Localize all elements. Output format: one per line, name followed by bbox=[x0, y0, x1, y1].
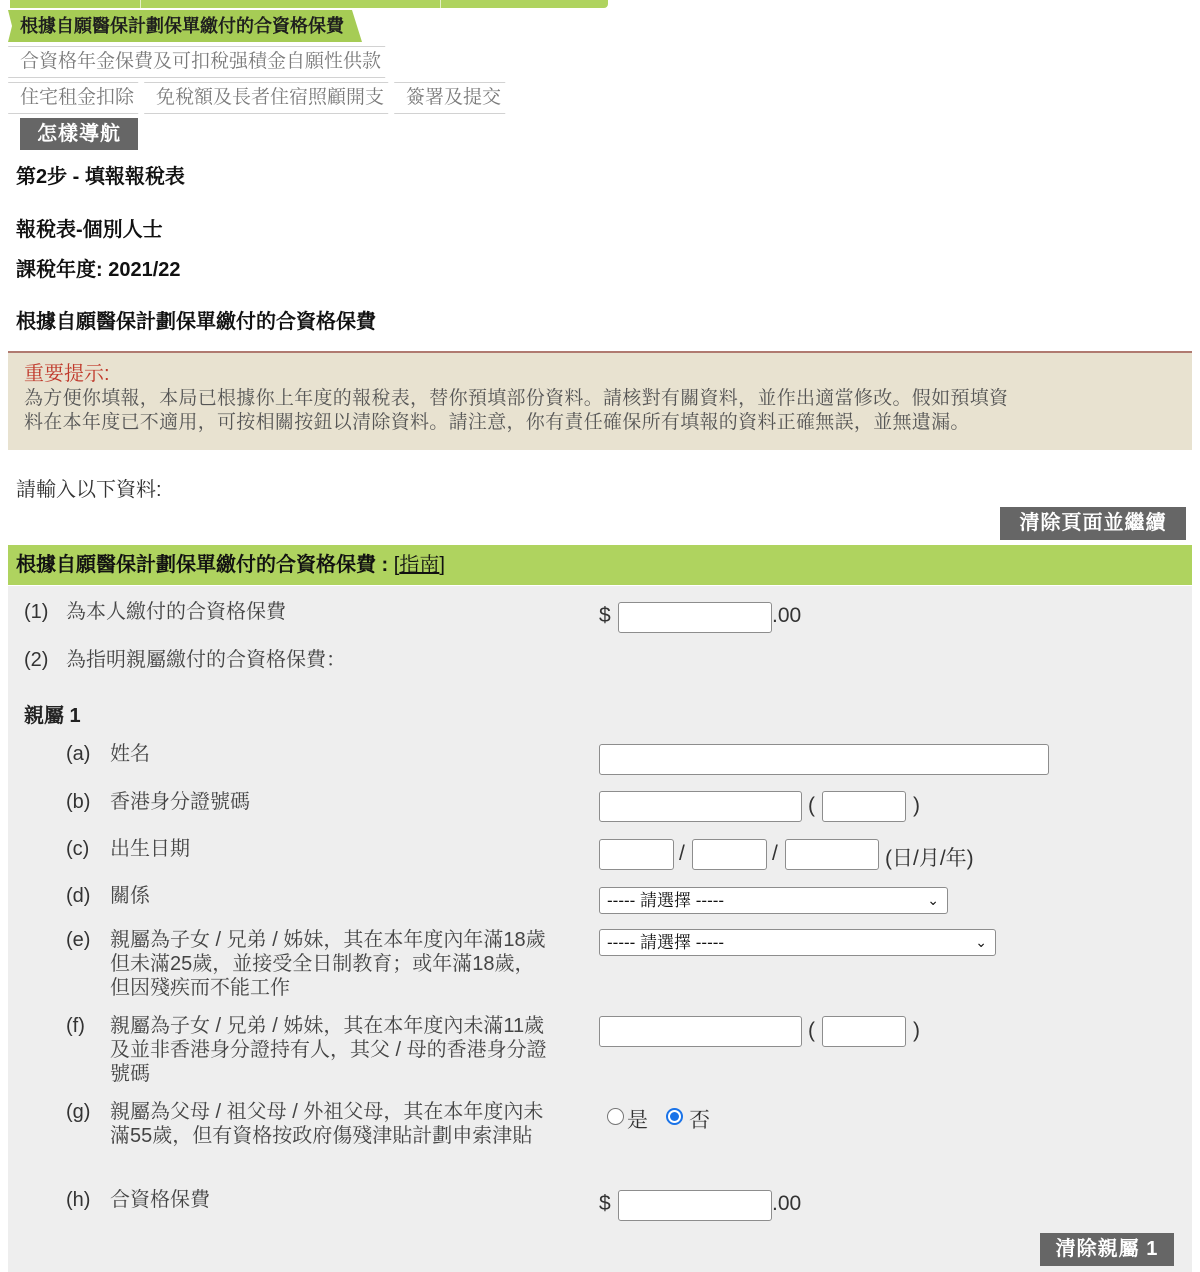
item-number: (a) bbox=[66, 742, 110, 766]
dob-day-input[interactable] bbox=[599, 839, 674, 870]
step-allowances[interactable]: 免稅額及長者住宿照顧開支 bbox=[144, 82, 394, 114]
item-number: (c) bbox=[66, 837, 110, 861]
paren-close: ) bbox=[913, 1019, 920, 1043]
divider bbox=[140, 0, 141, 8]
item-number: (g) bbox=[66, 1100, 110, 1124]
item-text: 親屬為子女 / 兄弟 / 姊妹，其在本年度內未滿11歲及並非香港身分證持有人，其… bbox=[110, 1014, 550, 1086]
field-g-label: (g)親屬為父母 / 祖父母 / 外祖父母，其在本年度內未滿55歲，但有資格按政… bbox=[66, 1100, 550, 1148]
parent-hkid-input[interactable] bbox=[599, 1016, 802, 1047]
field-e-label: (e)親屬為子女 / 兄弟 / 姊妹，其在本年度內年滿18歲但未滿25歲，並接受… bbox=[66, 928, 550, 1000]
dependant-1-title: 親屬 1 bbox=[24, 704, 81, 728]
item-number: (h) bbox=[66, 1188, 110, 1212]
notice-line: 為方便你填報，本局已根據你上年度的報稅表，替你預填部份資料。請核對有關資料，並作… bbox=[24, 387, 1176, 411]
step-rent-deduction[interactable]: 住宅租金扣除 bbox=[8, 82, 144, 114]
field-b-label: (b)香港身分證號碼 bbox=[66, 790, 250, 814]
step-sign-submit[interactable]: 簽署及提交 bbox=[394, 82, 511, 114]
chevron-down-icon: ⌄ bbox=[927, 888, 939, 913]
relationship-select[interactable]: ----- 請選擇 ----- ⌄ bbox=[599, 887, 948, 914]
important-notice: 重要提示: 為方便你填報，本局已根據你上年度的報稅表，替你預填部份資料。請核對有… bbox=[8, 351, 1192, 450]
item-text: 姓名 bbox=[110, 742, 150, 766]
item-text: 親屬為父母 / 祖父母 / 外祖父母，其在本年度內未滿55歲，但有資格按政府傷殘… bbox=[110, 1100, 550, 1148]
paren-close: ) bbox=[913, 794, 920, 818]
guide-link[interactable]: 指南 bbox=[399, 554, 439, 576]
guide-bracket: ] bbox=[439, 554, 445, 576]
step-row: 合資格年金保費及可扣稅强積金自願性供款 bbox=[8, 46, 511, 80]
notice-title: 重要提示: bbox=[24, 363, 1176, 385]
step-row: 住宅租金扣除 免稅額及長者住宿照顧開支 簽署及提交 bbox=[8, 82, 511, 116]
paren-open: ( bbox=[808, 794, 815, 818]
item-2-label: (2)為指明親屬繳付的合資格保費： bbox=[24, 648, 346, 672]
item-text: 關係 bbox=[110, 884, 150, 908]
selected-value: ----- 請選擇 ----- bbox=[607, 891, 724, 910]
field-a-label: (a)姓名 bbox=[66, 742, 150, 766]
currency-symbol: $ bbox=[599, 1192, 611, 1216]
hkid-input[interactable] bbox=[599, 791, 802, 822]
item-number: (d) bbox=[66, 884, 110, 908]
field-c-label: (c)出生日期 bbox=[66, 837, 190, 861]
step-annuity-mpf[interactable]: 合資格年金保費及可扣稅强積金自願性供款 bbox=[8, 46, 391, 78]
parent-hkid-check-digit-input[interactable] bbox=[822, 1016, 906, 1047]
notice-body: 為方便你填報，本局已根據你上年度的報稅表，替你預填部份資料。請核對有關資料，並作… bbox=[24, 387, 1176, 435]
item-number: (1) bbox=[24, 600, 66, 624]
currency-symbol: $ bbox=[599, 604, 611, 628]
assessment-year: 課稅年度: 2021/22 bbox=[16, 253, 181, 282]
field-d-label: (d)關係 bbox=[66, 884, 150, 908]
step-title: 第2步 - 填報報稅表 bbox=[16, 160, 185, 189]
item-text: 合資格保費 bbox=[110, 1188, 210, 1212]
instruction-text: 請輸入以下資料: bbox=[16, 473, 162, 502]
cents-suffix: .00 bbox=[772, 1192, 801, 1216]
page-title: 根據自願醫保計劃保單繳付的合資格保費 bbox=[16, 305, 376, 334]
notice-line: 料在本年度已不適用，可按相關按鈕以清除資料。請注意，你有責任確保所有填報的資料正… bbox=[24, 411, 1176, 435]
item-number: (2) bbox=[24, 648, 66, 672]
chevron-down-icon: ⌄ bbox=[975, 930, 987, 955]
item-text: 親屬為子女 / 兄弟 / 姊妹，其在本年度內年滿18歲但未滿25歲，並接受全日制… bbox=[110, 928, 550, 1000]
radio-label-no: 否 bbox=[689, 1104, 710, 1134]
section-body: (1)為本人繳付的合資格保費 $ .00 (2)為指明親屬繳付的合資格保費： 親… bbox=[8, 586, 1192, 1272]
item-number: (f) bbox=[66, 1014, 110, 1038]
item-number: (b) bbox=[66, 790, 110, 814]
item-text: 為本人繳付的合資格保費 bbox=[66, 601, 286, 623]
disability-no-radio[interactable] bbox=[666, 1108, 683, 1125]
date-separator: / bbox=[679, 842, 685, 866]
dob-year-input[interactable] bbox=[785, 839, 879, 870]
selected-value: ----- 請選擇 ----- bbox=[607, 933, 724, 952]
disability-yes-radio[interactable] bbox=[607, 1108, 624, 1125]
item-text: 出生日期 bbox=[110, 837, 190, 861]
year-value: 2021/22 bbox=[108, 259, 180, 281]
step-row: 根據自願醫保計劃保單繳付的合資格保費 bbox=[8, 10, 511, 44]
section-title: 根據自願醫保計劃保單繳付的合資格保費 : bbox=[16, 554, 394, 576]
step-navigation: 根據自願醫保計劃保單繳付的合資格保費 合資格年金保費及可扣稅强積金自願性供款 住… bbox=[8, 10, 511, 118]
item-number: (e) bbox=[66, 928, 110, 952]
dependant-name-input[interactable] bbox=[599, 744, 1049, 775]
cents-suffix: .00 bbox=[772, 604, 801, 628]
section-header: 根據自願醫保計劃保單繳付的合資格保費 : [指南] bbox=[8, 545, 1192, 585]
radio-label-yes: 是 bbox=[627, 1104, 648, 1134]
divider bbox=[440, 0, 441, 8]
step-vhis-premiums[interactable]: 根據自願醫保計劃保單繳付的合資格保費 bbox=[8, 10, 362, 42]
child-sibling-status-select[interactable]: ----- 請選擇 ----- ⌄ bbox=[599, 929, 996, 956]
item-text: 為指明親屬繳付的合資格保費： bbox=[66, 649, 346, 671]
year-label: 課稅年度: bbox=[16, 259, 108, 281]
paren-open: ( bbox=[808, 1019, 815, 1043]
date-format-hint: (日/月/年) bbox=[885, 842, 974, 872]
field-h-label: (h)合資格保費 bbox=[66, 1188, 210, 1212]
dob-month-input[interactable] bbox=[692, 839, 767, 870]
self-premium-input[interactable] bbox=[618, 602, 772, 633]
field-f-label: (f)親屬為子女 / 兄弟 / 姊妹，其在本年度內未滿11歲及並非香港身分證持有… bbox=[66, 1014, 550, 1086]
item-text: 香港身分證號碼 bbox=[110, 790, 250, 814]
step-nav-top-bar bbox=[10, 0, 608, 8]
how-to-navigate-button[interactable]: 怎樣導航 bbox=[20, 118, 138, 150]
date-separator: / bbox=[772, 842, 778, 866]
clear-dependant-1-button[interactable]: 清除親屬 1 bbox=[1040, 1233, 1174, 1266]
clear-page-continue-button[interactable]: 清除頁面並繼續 bbox=[1000, 507, 1186, 540]
hkid-check-digit-input[interactable] bbox=[822, 791, 906, 822]
form-name: 報稅表-個別人士 bbox=[16, 213, 163, 242]
dependant-premium-input[interactable] bbox=[618, 1190, 772, 1221]
item-1-label: (1)為本人繳付的合資格保費 bbox=[24, 600, 286, 624]
